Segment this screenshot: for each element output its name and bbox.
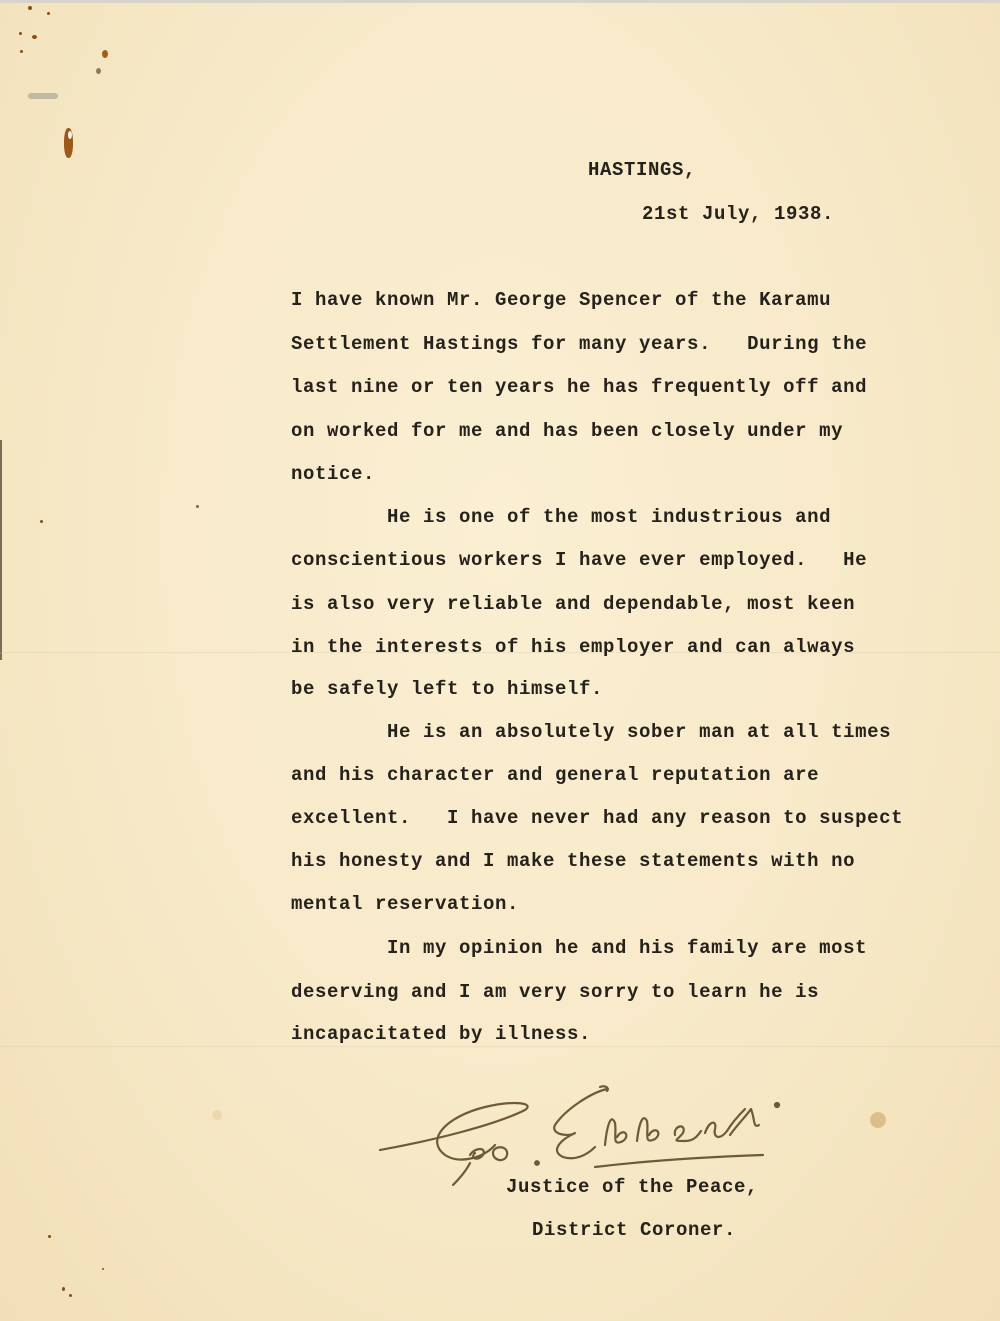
letter-page: HASTINGS, 21st July, 1938. I have known … (0, 0, 1000, 1321)
body-line: be safely left to himself. (291, 680, 603, 699)
paper-left-edge (0, 440, 2, 660)
body-line: last nine or ten years he has frequently… (291, 378, 867, 397)
body-line: in the interests of his employer and can… (291, 638, 855, 657)
foxing-spot (96, 68, 101, 74)
foxing-spot (40, 520, 43, 523)
foxing-spot (19, 32, 22, 35)
body-line: is also very reliable and dependable, mo… (291, 595, 855, 614)
body-line: conscientious workers I have ever employ… (291, 551, 867, 570)
paper-fold-line (0, 1046, 1000, 1048)
paper-blemish (28, 93, 58, 99)
foxing-spot (69, 1294, 72, 1297)
body-line: I have known Mr. George Spencer of the K… (291, 291, 831, 310)
handwritten-signature (375, 1085, 805, 1190)
foxing-spot (102, 1268, 104, 1270)
paper-hole (68, 131, 72, 139)
letter-place: HASTINGS, (588, 161, 696, 180)
foxing-spot (196, 505, 199, 508)
body-line: incapacitated by illness. (291, 1025, 591, 1044)
body-line: his honesty and I make these statements … (291, 852, 855, 871)
foxing-spot (20, 50, 23, 53)
paper-stain (212, 1110, 222, 1120)
foxing-spot (62, 1287, 65, 1291)
body-line: on worked for me and has been closely un… (291, 422, 843, 441)
foxing-spot (102, 50, 108, 58)
body-line: notice. (291, 465, 375, 484)
foxing-spot (47, 12, 50, 15)
body-line: deserving and I am very sorry to learn h… (291, 983, 819, 1002)
paper-top-edge (0, 0, 1000, 3)
body-line: and his character and general reputation… (291, 766, 819, 785)
body-line: mental reservation. (291, 895, 519, 914)
body-line: He is one of the most industrious and (291, 508, 831, 527)
foxing-spot (28, 6, 32, 10)
foxing-spot (48, 1235, 51, 1238)
body-line: excellent. I have never had any reason t… (291, 809, 903, 828)
letter-date: 21st July, 1938. (642, 205, 834, 224)
signatory-office: District Coroner. (532, 1221, 736, 1240)
foxing-spot (32, 35, 37, 39)
body-line: In my opinion he and his family are most (291, 939, 867, 958)
ink-stain (870, 1112, 886, 1128)
body-line: Settlement Hastings for many years. Duri… (291, 335, 867, 354)
signatory-title: Justice of the Peace, (506, 1178, 758, 1197)
body-line: He is an absolutely sober man at all tim… (291, 723, 891, 742)
